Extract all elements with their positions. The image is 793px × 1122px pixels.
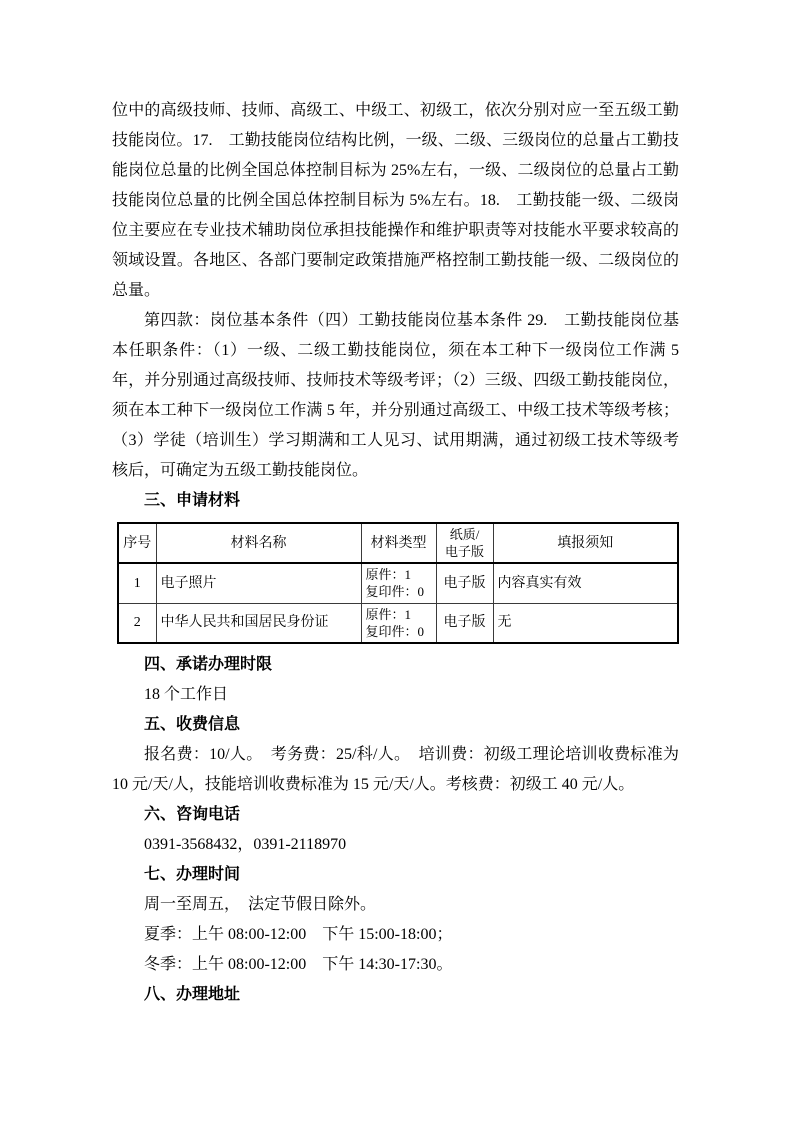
heading-promised-time-limit: 四、承诺办理时限 [112,650,679,680]
cell-filing-notes: 内容真实有效 [493,563,678,603]
col-header-material-name: 材料名称 [156,523,361,563]
cell-seq: 1 [118,563,156,603]
cell-paper-or-electronic: 电子版 [436,603,493,643]
cell-material-name: 中华人民共和国居民身份证 [156,603,361,643]
heading-office-hours: 七、办理时间 [112,860,679,890]
heading-consultation-phone: 六、咨询电话 [112,800,679,830]
cell-paper-or-electronic: 电子版 [436,563,493,603]
text-summer-hours: 夏季：上午 08:00-12:00 下午 15:00-18:00； [112,920,679,950]
cell-material-name: 电子照片 [156,563,361,603]
text-phone-numbers: 0391-3568432，0391-2118970 [112,830,679,860]
materials-table: 序号 材料名称 材料类型 纸质/ 电子版 填报须知 1 电子照片 原件：1 复印… [117,522,679,644]
cell-seq: 2 [118,603,156,643]
cell-material-type: 原件：1 复印件：0 [361,603,436,643]
col-header-seq: 序号 [118,523,156,563]
document-page: 位中的高级技师、技师、高级工、中级工、初级工，依次分别对应一至五级工勤技能岗位。… [0,0,793,1122]
col-header-paper-or-electronic: 纸质/ 电子版 [436,523,493,563]
col-header-material-type: 材料类型 [361,523,436,563]
text-fee-details: 报名费：10/人。 考务费：25/科/人。 培训费：初级工理论培训收费标准为 1… [112,740,679,800]
text-time-limit: 18 个工作日 [112,680,679,710]
heading-application-materials: 三、申请材料 [112,486,679,516]
col-header-filing-notes: 填报须知 [493,523,678,563]
heading-office-address: 八、办理地址 [112,980,679,1010]
paragraph-position-structure: 位中的高级技师、技师、高级工、中级工、初级工，依次分别对应一至五级工勤技能岗位。… [112,96,679,306]
text-winter-hours: 冬季：上午 08:00-12:00 下午 14:30-17:30。 [112,950,679,980]
cell-filing-notes: 无 [493,603,678,643]
cell-material-type: 原件：1 复印件：0 [361,563,436,603]
heading-fee-information: 五、收费信息 [112,710,679,740]
table-row-2: 2 中华人民共和国居民身份证 原件：1 复印件：0 电子版 无 [118,603,678,643]
paragraph-basic-conditions: 第四款：岗位基本条件（四）工勤技能岗位基本条件 29. 工勤技能岗位基本任职条件… [112,306,679,486]
table-row-1: 1 电子照片 原件：1 复印件：0 电子版 内容真实有效 [118,563,678,603]
table-header-row: 序号 材料名称 材料类型 纸质/ 电子版 填报须知 [118,523,678,563]
text-office-days: 周一至周五， 法定节假日除外。 [112,890,679,920]
